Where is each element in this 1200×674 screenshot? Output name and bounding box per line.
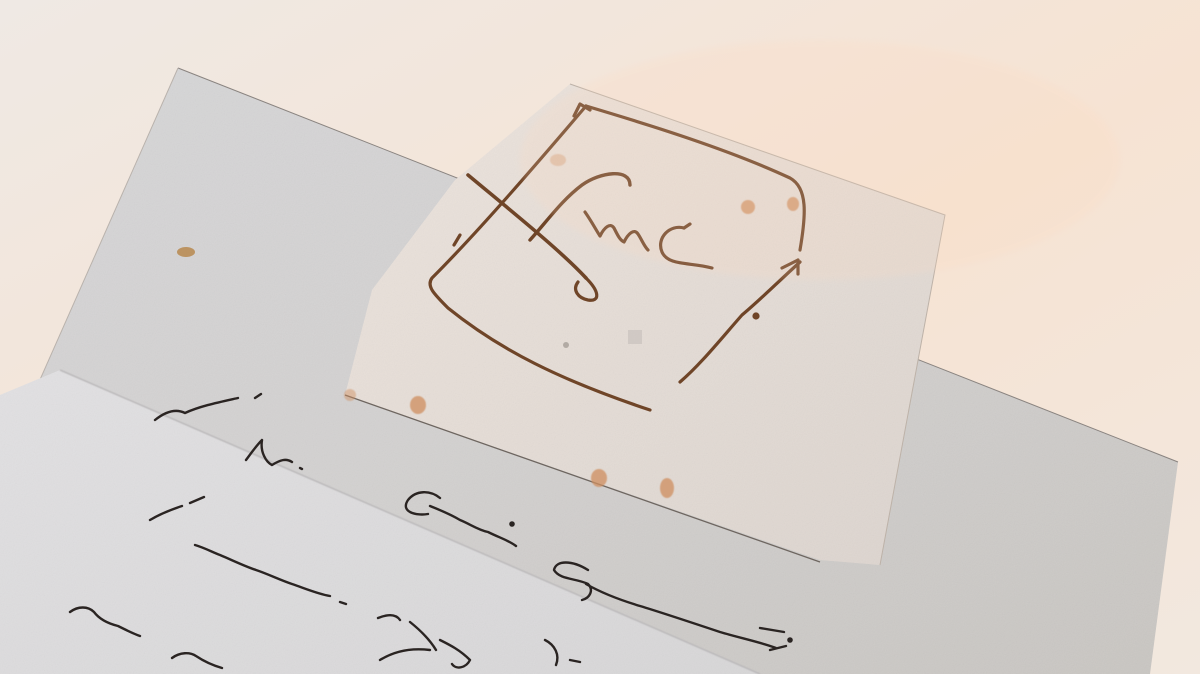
photo-scene: Cosimo Buonarroti Somma Photograph of an… [0, 0, 1200, 674]
photo-illustration [0, 0, 1200, 674]
